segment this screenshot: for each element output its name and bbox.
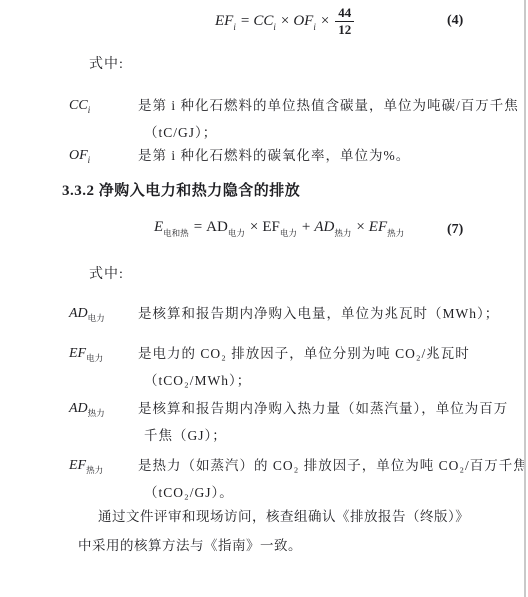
definition-line: （tCO₂/MWh）；	[138, 367, 470, 394]
equation-4-number: (4)	[447, 13, 463, 29]
paragraph-line: 中采用的核算方法与《指南》一致。	[78, 531, 469, 560]
symbol-label: EF电力	[69, 340, 103, 368]
equation-4-lhs: EF	[215, 13, 233, 30]
where-label: 式中:	[89, 263, 124, 283]
definition-text: 是核算和报告期内净购入电量，单位为兆瓦时（MWh）；	[138, 300, 499, 327]
equation-7: E电和热 = AD电力 × EF电力 + AD热力 × EF热力	[154, 219, 405, 236]
fraction-44-12: 44 12	[335, 6, 354, 38]
definition-text: 是热力（如蒸汽）的 CO₂ 排放因子，单位为吨 CO₂/百万千焦 （tCO₂/G…	[138, 452, 528, 506]
definition-line: 是热力（如蒸汽）的 CO₂ 排放因子，单位为吨 CO₂/百万千焦	[138, 452, 528, 479]
times-operator: ×	[277, 13, 293, 30]
definition-text: 是第 i 种化石燃料的碳氧化率，单位为%。	[138, 142, 410, 169]
section-heading: 3.3.2 净购入电力和热力隐含的排放	[62, 179, 300, 200]
definition-line: 是第 i 种化石燃料的碳氧化率，单位为%。	[138, 142, 410, 169]
definition-text: 是电力的 CO₂ 排放因子，单位分别为吨 CO₂/兆瓦时 （tCO₂/MWh）；	[138, 340, 470, 394]
symbol-label: AD电力	[69, 300, 105, 328]
closing-paragraph: 通过文件评审和现场访问，核查组确认《排放报告（终版）》 中采用的核算方法与《指南…	[78, 502, 469, 560]
symbol-label: AD热力	[69, 395, 105, 423]
document-page: EFi = CCi × OFi × 44 12 (4) 式中: CCi 是第 i…	[0, 0, 528, 597]
definition-line: 千焦（GJ）；	[138, 422, 508, 449]
definition-line: 是第 i 种化石燃料的单位热值含碳量，单位为吨碳/百万千焦	[138, 92, 519, 119]
definition-text: 是第 i 种化石燃料的单位热值含碳量，单位为吨碳/百万千焦 （tC/GJ）；	[138, 92, 519, 146]
paragraph-line: 通过文件评审和现场访问，核查组确认《排放报告（终版）》	[78, 502, 469, 531]
equation-7-number: (7)	[447, 222, 463, 238]
plus-operator: +	[298, 219, 314, 236]
symbol-label: OFi	[69, 142, 90, 170]
definition-line: 是电力的 CO₂ 排放因子，单位分别为吨 CO₂/兆瓦时	[138, 340, 470, 367]
times-operator: ×	[352, 219, 368, 236]
definition-line: 是核算和报告期内净购入电量，单位为兆瓦时（MWh）；	[138, 300, 499, 327]
times-operator: ×	[317, 13, 333, 30]
where-label: 式中:	[89, 53, 124, 73]
equation-7-lhs: E	[154, 219, 163, 236]
definition-text: 是核算和报告期内净购入热力量（如蒸汽量），单位为百万 千焦（GJ）；	[138, 395, 508, 449]
equation-4: EFi = CCi × OFi × 44 12	[215, 6, 354, 38]
symbol-label: EF热力	[69, 452, 103, 480]
symbol-label: CCi	[69, 92, 90, 120]
page-edge-divider	[524, 0, 526, 597]
times-operator: ×	[246, 219, 262, 236]
definition-line: 是核算和报告期内净购入热力量（如蒸汽量），单位为百万	[138, 395, 508, 422]
